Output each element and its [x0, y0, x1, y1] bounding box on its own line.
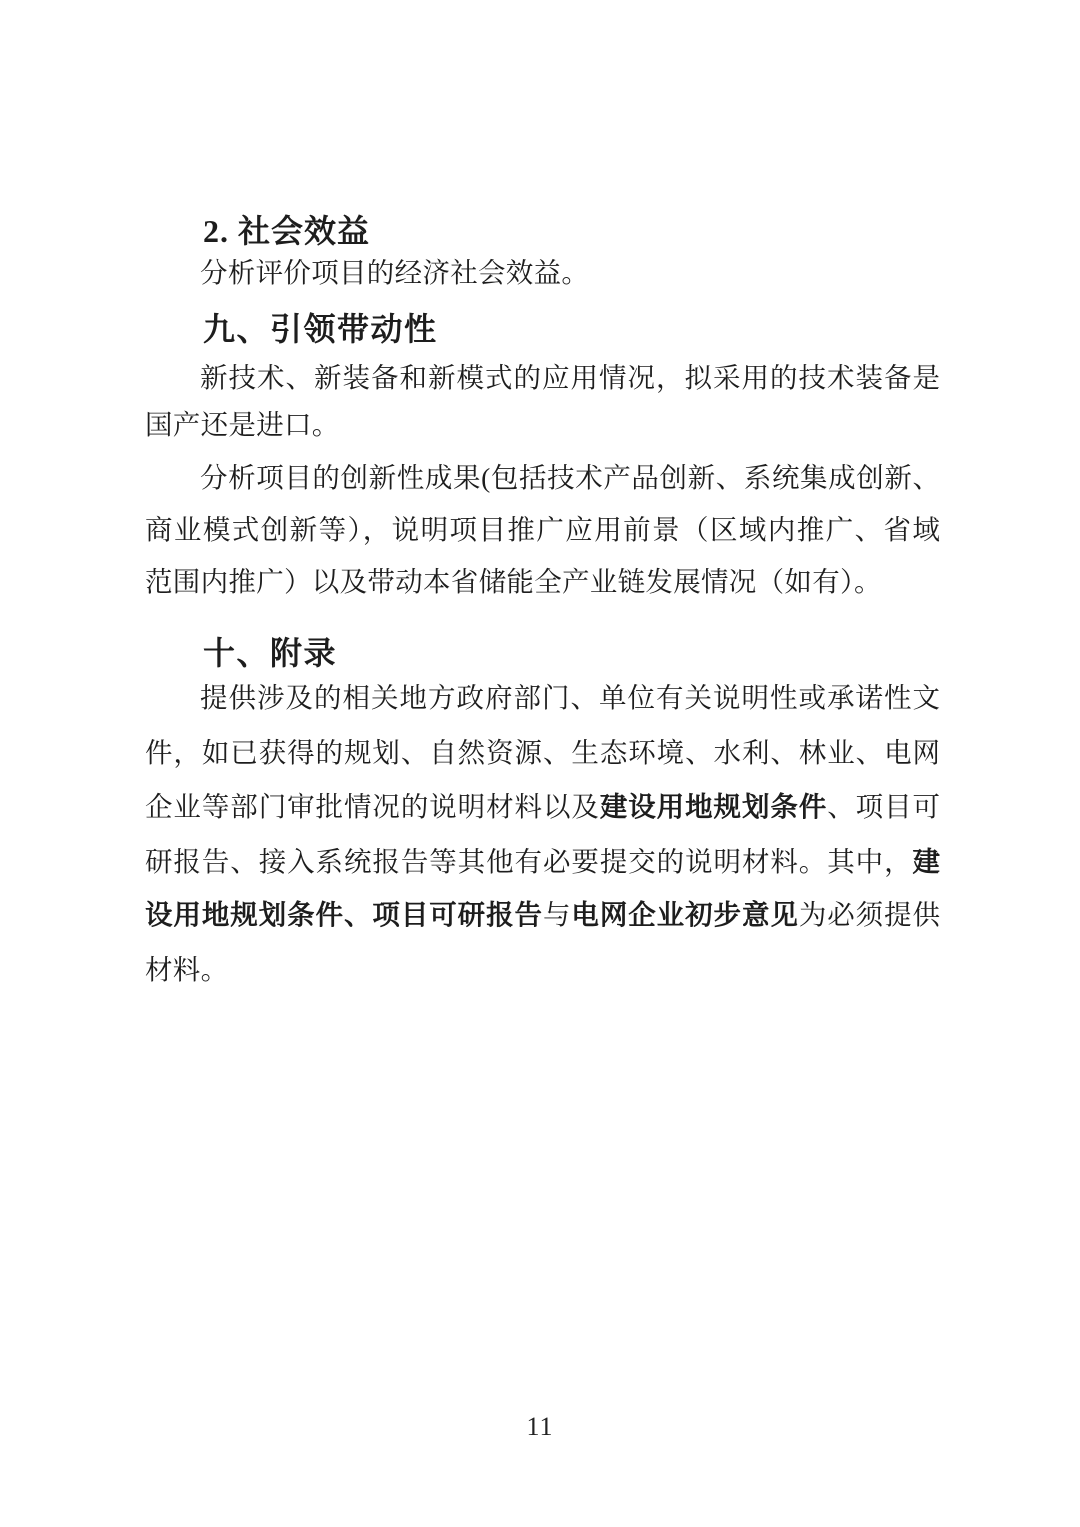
body-line: 商业模式创新等），说明项目推广应用前景（区域内推广、省域 [145, 513, 940, 547]
body-text-segment: 研报告、接入系统报告等其他有必要提交的说明材料。其中， [145, 846, 913, 877]
body-line: 分析评价项目的经济社会效益。 [145, 257, 589, 288]
document-page: 2. 社会效益 分析评价项目的经济社会效益。 九、引领带动性 新技术、新装备和新… [0, 0, 1080, 1527]
body-text-segment: 为必须提供 [799, 899, 940, 930]
body-line: 研报告、接入系统报告等其他有必要提交的说明材料。其中，建 [145, 845, 940, 879]
body-text-segment: 、项目可 [827, 791, 940, 822]
body-line: 材料。 [145, 953, 940, 987]
body-text-segment: 企业等部门审批情况的说明材料以及 [145, 791, 600, 822]
body-line: 范围内推广）以及带动本省储能全产业链发展情况（如有）。 [145, 565, 940, 599]
paragraph-social-benefit: 分析评价项目的经济社会效益。 [145, 256, 940, 290]
body-line: 企业等部门审批情况的说明材料以及建设用地规划条件、项目可 [145, 790, 940, 824]
heading-section-ten: 十、附录 [203, 633, 998, 673]
body-line: 提供涉及的相关地方政府部门、单位有关说明性或承诺性文 [145, 681, 940, 715]
heading-social-benefit: 2. 社会效益 [203, 211, 998, 251]
body-line: 分析项目的创新性成果(包括技术产品创新、系统集成创新、 [145, 461, 940, 495]
page-number: 11 [0, 1412, 1080, 1442]
bold-text-segment: 设用地规划条件、项目可研报告 [145, 899, 543, 930]
body-line: 设用地规划条件、项目可研报告与电网企业初步意见为必须提供 [145, 898, 940, 932]
body-line: 国产还是进口。 [145, 408, 940, 442]
body-line: 件，如已获得的规划、自然资源、生态环境、水利、林业、电网 [145, 736, 940, 770]
body-line: 新技术、新装备和新模式的应用情况，拟采用的技术装备是 [145, 361, 940, 395]
heading-section-nine: 九、引领带动性 [203, 309, 998, 349]
bold-text-segment: 建设用地规划条件 [600, 791, 827, 822]
body-text-segment: 与 [543, 899, 571, 930]
bold-text-segment: 建 [913, 846, 941, 877]
bold-text-segment: 电网企业初步意见 [571, 899, 798, 930]
